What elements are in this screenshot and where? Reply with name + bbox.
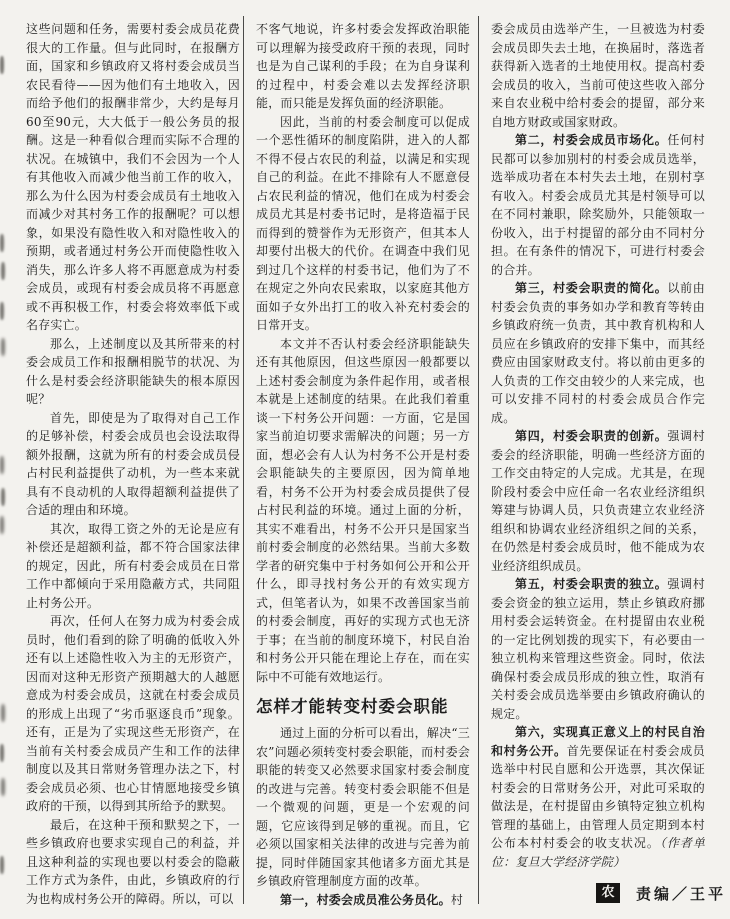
paragraph-lead: 第二，村委会成员市场化。 <box>515 133 667 147</box>
paragraph: 其次，取得工资之外的无论是应有补偿还是超额利益，都不符合国家法律的规定，因此，所… <box>26 520 240 613</box>
column-divider <box>478 16 479 904</box>
text-column-2: 不客气地说，许多村委会发挥政治职能可以理解为接受政府干预的表现，同时也是为自己谋… <box>256 20 470 909</box>
section-heading: 怎样才能转变村委会职能 <box>256 696 470 718</box>
text-run: 不客气地说，许多村委会发挥政治职能可以理解为接受政府干预的表现，同时也是为自己谋… <box>256 22 470 110</box>
paragraph: 本文并不否认村委会经济职能缺失还有其他原因，但这些原因一般都要以上述村委会制度为… <box>256 335 470 687</box>
paragraph: 那么，上述制度以及其所带来的村委会成员工作和报酬相脱节的状况、为什么是村委会经济… <box>26 335 240 409</box>
paragraph: 通过上面的分析可以看出，解决“三农”问题必须转变村委会职能，而村委会职能的转变又… <box>256 724 470 891</box>
paragraph: 第三，村委会职责的简化。以前由村委会负责的事务如办学和教育等转由乡镇政府统一负责… <box>491 279 705 427</box>
editor-credit: 责编／王平 <box>636 883 726 904</box>
text-run: 最后，在这种干预和默契之下，一些乡镇政府也要求实现自己的利益，并且这种利益的实现… <box>26 818 240 906</box>
column-divider <box>243 16 244 904</box>
paragraph: 第一，村委会成员准公务员化。村 <box>256 891 470 910</box>
paragraph: 最后，在这种干预和默契之下，一些乡镇政府也要求实现自己的利益，并且这种利益的实现… <box>26 816 240 909</box>
paragraph-lead: 第四，村委会职责的创新。 <box>515 429 667 443</box>
text-run: 这些问题和任务，需要村委会成员花费很大的工作量。但与此同时，在报酬方面，国家和乡… <box>26 22 240 332</box>
paragraph: 第二，村委会成员市场化。任何村民都可以参加别村的村委会成员选举，选举成功者在本村… <box>491 131 705 279</box>
text-run: 以前由村委会负责的事务如办学和教育等转由乡镇政府统一负责，其中教育机构和人员应在… <box>491 281 705 425</box>
text-run: 首先，即使是为了取得对自己工作的足够补偿，村委会成员也会设法取得额外报酬，这就为… <box>26 411 240 518</box>
text-run: 委会成员由选举产生，一旦被选为村委会成员即失去土地，在换届时，落选者获得新入选者… <box>491 22 705 129</box>
text-run: 强调村委会资金的独立运用，禁止乡镇政府挪用村委会运转资金。在村提留由农业税的一定… <box>491 577 705 721</box>
text-column-3: 委会成员由选举产生，一旦被选为村委会成员即失去土地，在换届时，落选者获得新入选者… <box>491 20 705 871</box>
paragraph-lead: 第五，村委会职责的独立。 <box>515 577 667 591</box>
scan-artifact <box>0 56 4 74</box>
paragraph: 第四，村委会职责的创新。强调村委会的经济职能，明确一些经济方面的工作交由特定的人… <box>491 427 705 575</box>
text-run: 其次，取得工资之外的无论是应有补偿还是超额利益，都不符合国家法律的规定，因此，所… <box>26 522 240 610</box>
paragraph: 第五，村委会职责的独立。强调村委会资金的独立运用，禁止乡镇政府挪用村委会运转资金… <box>491 575 705 723</box>
text-run: 再次，任何人在努力成为村委会成员时，他们看到的除了明确的低收入外还有以上述隐性收… <box>26 614 240 813</box>
paragraph: 第六，实现真正意义上的村民自治和村务公开。首先要保证在村委会成员选举中村民自愿和… <box>491 723 705 871</box>
paragraph: 这些问题和任务，需要村委会成员花费很大的工作量。但与此同时，在报酬方面，国家和乡… <box>26 20 240 335</box>
text-column-1: 这些问题和任务，需要村委会成员花费很大的工作量。但与此同时，在报酬方面，国家和乡… <box>26 20 240 908</box>
text-run: 强调村委会的经济职能，明确一些经济方面的工作交由特定的人完成。尤其是，在现阶段村… <box>491 429 705 573</box>
paragraph: 不客气地说，许多村委会发挥政治职能可以理解为接受政府干预的表现，同时也是为自己谋… <box>256 20 470 113</box>
text-run: 因此，当前的村委会制度可以促成一个恶性循环的制度陷阱，进入的人都不得不侵占农民的… <box>256 115 470 333</box>
paragraph: 再次，任何人在努力成为村委会成员时，他们看到的除了明确的低收入外还有以上述隐性收… <box>26 612 240 816</box>
text-run: 那么，上述制度以及其所带来的村委会成员工作和报酬相脱节的状况、为什么是村委会经济… <box>26 337 240 407</box>
text-run: 任何村民都可以参加别村的村委会成员选举，选举成功者在本村失去土地，在别村享有收入… <box>491 133 705 277</box>
text-run: 通过上面的分析可以看出，解决“三农”问题必须转变村委会职能，而村委会职能的转变又… <box>256 726 470 888</box>
text-run: 首先要保证在村委会成员选举中村民自愿和公开选票，其次保证村委会的日常财务公开，对… <box>491 744 705 851</box>
paragraph: 首先，即使是为了取得对自己工作的足够补偿，村委会成员也会设法取得额外报酬，这就为… <box>26 409 240 520</box>
text-run: 本文并不否认村委会经济职能缺失还有其他原因，但这些原因一般都要以上述村委会制度为… <box>256 337 470 684</box>
paragraph: 委会成员由选举产生，一旦被选为村委会成员即失去土地，在换届时，落选者获得新入选者… <box>491 20 705 131</box>
magazine-page: 这些问题和任务，需要村委会成员花费很大的工作量。但与此同时，在报酬方面，国家和乡… <box>0 0 730 919</box>
paragraph-lead: 第一，村委会成员准公务员化。 <box>280 893 451 907</box>
text-run: 村 <box>451 893 463 907</box>
paragraph-lead: 第三，村委会职责的简化。 <box>515 281 667 295</box>
paragraph: 因此，当前的村委会制度可以促成一个恶性循环的制度陷阱，进入的人都不得不侵占农民的… <box>256 113 470 335</box>
agriculture-magazine-logo-icon: 农 <box>596 883 620 903</box>
